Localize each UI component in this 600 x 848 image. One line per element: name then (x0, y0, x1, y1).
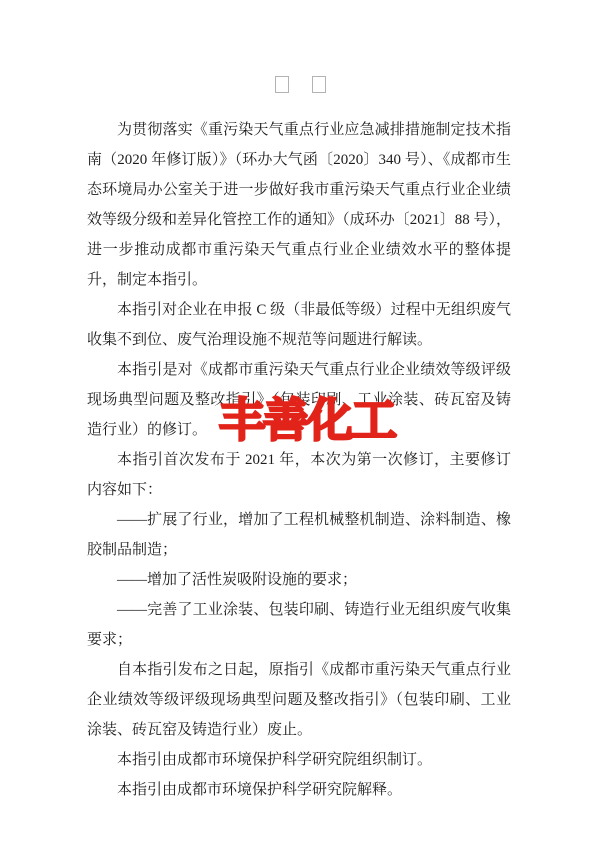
paragraph: 本指引由成都市环境保护科学研究院解释。 (87, 775, 511, 805)
paragraph: 自本指引发布之日起，原指引《成都市重污染天气重点行业企业绩效等级评级现场典型问题… (87, 655, 511, 745)
paragraph: 本指引对企业在申报 C 级（非最低等级）过程中无组织废气收集不到位、废气治理设施… (87, 295, 511, 355)
document-body: 为贯彻落实《重污染天气重点行业应急减排措施制定技术指南（2020 年修订版）》（… (87, 115, 511, 805)
missing-glyph-box (275, 76, 289, 93)
missing-glyph-box (312, 76, 326, 93)
paragraph: 本指引首次发布于 2021 年，本次为第一次修订，主要修订内容如下： (87, 445, 511, 505)
paragraph: ——完善了工业涂装、包装印刷、铸造行业无组织废气收集要求； (87, 595, 511, 655)
document-page: 为贯彻落实《重污染天气重点行业应急减排措施制定技术指南（2020 年修订版）》（… (0, 0, 600, 848)
paragraph: 本指引由成都市环境保护科学研究院组织制订。 (87, 745, 511, 775)
page-title-placeholder (0, 76, 600, 93)
paragraph: ——扩展了行业，增加了工程机械整机制造、涂料制造、橡胶制品制造； (87, 505, 511, 565)
paragraph: 为贯彻落实《重污染天气重点行业应急减排措施制定技术指南（2020 年修订版）》（… (87, 115, 511, 295)
paragraph: ——增加了活性炭吸附设施的要求； (87, 565, 511, 595)
paragraph: 本指引是对《成都市重污染天气重点行业企业绩效等级评级现场典型问题及整改指引》（包… (87, 355, 511, 445)
